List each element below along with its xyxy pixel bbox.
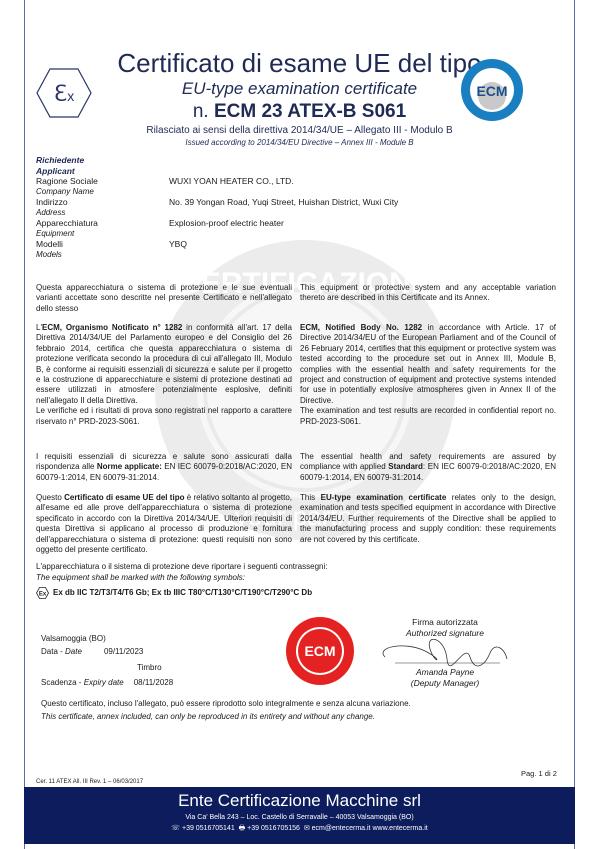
svg-text:ECM: ECM xyxy=(476,83,507,99)
ex-symbol-icon: Ex xyxy=(36,587,49,599)
notified-body-it: L'ECM, Organismo Notificato n° 1282 in c… xyxy=(36,323,292,427)
marking-intro-it: L'apparecchiatura o il sistema di protez… xyxy=(36,562,556,573)
text: Questo xyxy=(36,493,64,502)
paragraph-notified-body: L'ECM, Organismo Notificato n° 1282 in c… xyxy=(36,323,556,427)
label-en: Equipment xyxy=(36,229,169,240)
applicant-row-equipment: ApparecchiaturaEquipment Explosion-proof… xyxy=(36,218,556,239)
bold-text: ECM, Notified Body No. 1282 xyxy=(300,323,422,332)
number-prefix: n. xyxy=(193,101,209,122)
equipment-value: Explosion-proof electric heater xyxy=(169,218,556,239)
marking-intro-en: The equipment shall be marked with the f… xyxy=(36,573,556,584)
standards-en: The essential health and safety requirem… xyxy=(300,452,556,483)
text: This xyxy=(300,493,321,502)
paragraph-scope: Questa apparecchiatura o sistema di prot… xyxy=(36,283,556,314)
paragraph-standards: I requisiti essenziali di sicurezza e sa… xyxy=(36,452,556,483)
marking-symbols: Ex Ex db IIC T2/T3/T4/T6 Gb; Ex tb IIIC … xyxy=(36,587,556,599)
issue-date: 09/11/2023 xyxy=(104,647,143,656)
stamp-label: Timbro xyxy=(41,661,221,674)
bold-text: ECM, Organismo Notificato n° 1282 xyxy=(42,323,182,332)
marking-section: L'apparecchiatura o il sistema di protez… xyxy=(36,562,556,599)
date-label-it: Data - xyxy=(41,647,63,656)
svg-text:Ex: Ex xyxy=(39,592,47,598)
footer-fax: 🖶 +39 0516705156 xyxy=(239,825,300,832)
applicant-heading-it: Richiedente xyxy=(36,155,556,166)
footer-website[interactable]: www.entecerma.it xyxy=(372,825,427,832)
applicant-heading-en: Applicant xyxy=(36,166,556,177)
label-it: Ragione Sociale xyxy=(36,176,169,187)
applicant-row-models: ModelliModels YBQ xyxy=(36,239,556,260)
expiry-label-it: Scadenza - xyxy=(41,678,81,687)
label-en: Models xyxy=(36,250,169,261)
number-value: ECM 23 ATEX-B S061 xyxy=(214,101,406,122)
applicant-section: Richiedente Applicant Ragione SocialeCom… xyxy=(36,155,556,260)
standards-it: I requisiti essenziali di sicurezza e sa… xyxy=(36,452,292,483)
ecm-red-stamp-icon: ECM xyxy=(285,616,355,686)
label-en: Address xyxy=(36,208,169,219)
footer-email[interactable]: ✉ ecm@entecerma.it xyxy=(304,825,371,832)
bold-text: EU-type examination certificate xyxy=(321,493,447,502)
reproduction-note-it: Questo certificato, incluso l'allegato, … xyxy=(41,697,561,710)
issued-under-it: Rilasciato ai sensi della direttiva 2014… xyxy=(24,124,575,137)
bold-text: Certificato di esame UE del tipo xyxy=(64,493,184,502)
issue-date-row: Data - Date09/11/2023 xyxy=(41,645,221,658)
signature-label-it: Firma autorizzata xyxy=(370,617,520,628)
signatory-role: (Deputy Manager) xyxy=(370,678,520,689)
issue-place: Valsamoggia (BO) xyxy=(41,632,221,645)
report-en: The examination and test results are rec… xyxy=(300,406,556,425)
models-value: YBQ xyxy=(169,239,556,260)
label-en: Company Name xyxy=(36,187,169,198)
applicant-row-address: IndirizzoAddress No. 39 Yongan Road, Yuq… xyxy=(36,197,556,218)
issued-under-en: Issued according to 2014/34/EU Directive… xyxy=(24,137,575,148)
page-number: Pag. 1 di 2 xyxy=(521,769,557,778)
company-footer: Ente Certificazione Macchine srl Via Ca'… xyxy=(24,787,575,844)
text: è relativo soltanto al progetto, all'esa… xyxy=(36,493,292,554)
scope-it: Questa apparecchiatura o sistema di prot… xyxy=(36,283,292,314)
scope-en: This equipment or protective system and … xyxy=(300,283,556,314)
reproduction-note: Questo certificato, incluso l'allegato, … xyxy=(41,697,561,723)
footer-address: Via Ca' Bella 243 – Loc. Castello di Ser… xyxy=(24,812,575,823)
signature-scribble-icon xyxy=(375,639,515,667)
bold-text: Norme applicate: xyxy=(97,462,162,471)
footer-company-name: Ente Certificazione Macchine srl xyxy=(24,790,575,812)
expiry-label-en: Expiry date xyxy=(84,678,124,687)
expiry-date: 08/11/2028 xyxy=(134,678,173,687)
footer-contacts: ☏ +39 0516705141 🖶 +39 0516705156 ✉ ecm@… xyxy=(24,823,575,835)
label-it: Modelli xyxy=(36,239,169,250)
text: in accordance with Article. 17 of Direct… xyxy=(300,323,556,405)
company-name-value: WUXI YOAN HEATER CO., LTD. xyxy=(169,176,556,197)
reproduction-note-en: This certificate, annex included, can on… xyxy=(41,710,561,723)
form-revision: Cer. 11 ATEX All. III Rev. 1 – 06/03/201… xyxy=(36,779,143,785)
paragraph-limitations: Questo Certificato di esame UE del tipo … xyxy=(36,493,556,555)
signatory-name: Amanda Payne xyxy=(370,667,520,678)
address-value: No. 39 Yongan Road, Yuqi Street, Huishan… xyxy=(169,197,556,218)
signature-block: Firma autorizzata Authorized signature A… xyxy=(370,617,520,689)
limitations-it: Questo Certificato di esame UE del tipo … xyxy=(36,493,292,555)
applicant-row-company: Ragione SocialeCompany Name WUXI YOAN HE… xyxy=(36,176,556,197)
expiry-date-row: Scadenza - Expiry date08/11/2028 xyxy=(41,676,221,689)
limitations-en: This EU-type examination certificate rel… xyxy=(300,493,556,555)
marking-symbols-text: Ex db IIC T2/T3/T4/T6 Gb; Ex tb IIIC T80… xyxy=(53,588,312,599)
date-label-en: Date xyxy=(65,647,82,656)
report-it: Le verifiche ed i risultati di prova son… xyxy=(36,406,292,425)
dates-section: Valsamoggia (BO) Data - Date09/11/2023 T… xyxy=(41,632,221,689)
bold-text: Standard xyxy=(388,462,423,471)
ecm-logo-icon: ECM xyxy=(460,58,524,122)
label-it: Indirizzo xyxy=(36,197,169,208)
footer-phone: ☏ +39 0516705141 xyxy=(171,825,234,832)
svg-text:ECM: ECM xyxy=(304,643,335,659)
label-it: Apparecchiatura xyxy=(36,218,169,229)
signature-label-en: Authorized signature xyxy=(370,628,520,639)
notified-body-en: ECM, Notified Body No. 1282 in accordanc… xyxy=(300,323,556,427)
text: in conformità all'art. 17 della Direttiv… xyxy=(36,323,292,405)
